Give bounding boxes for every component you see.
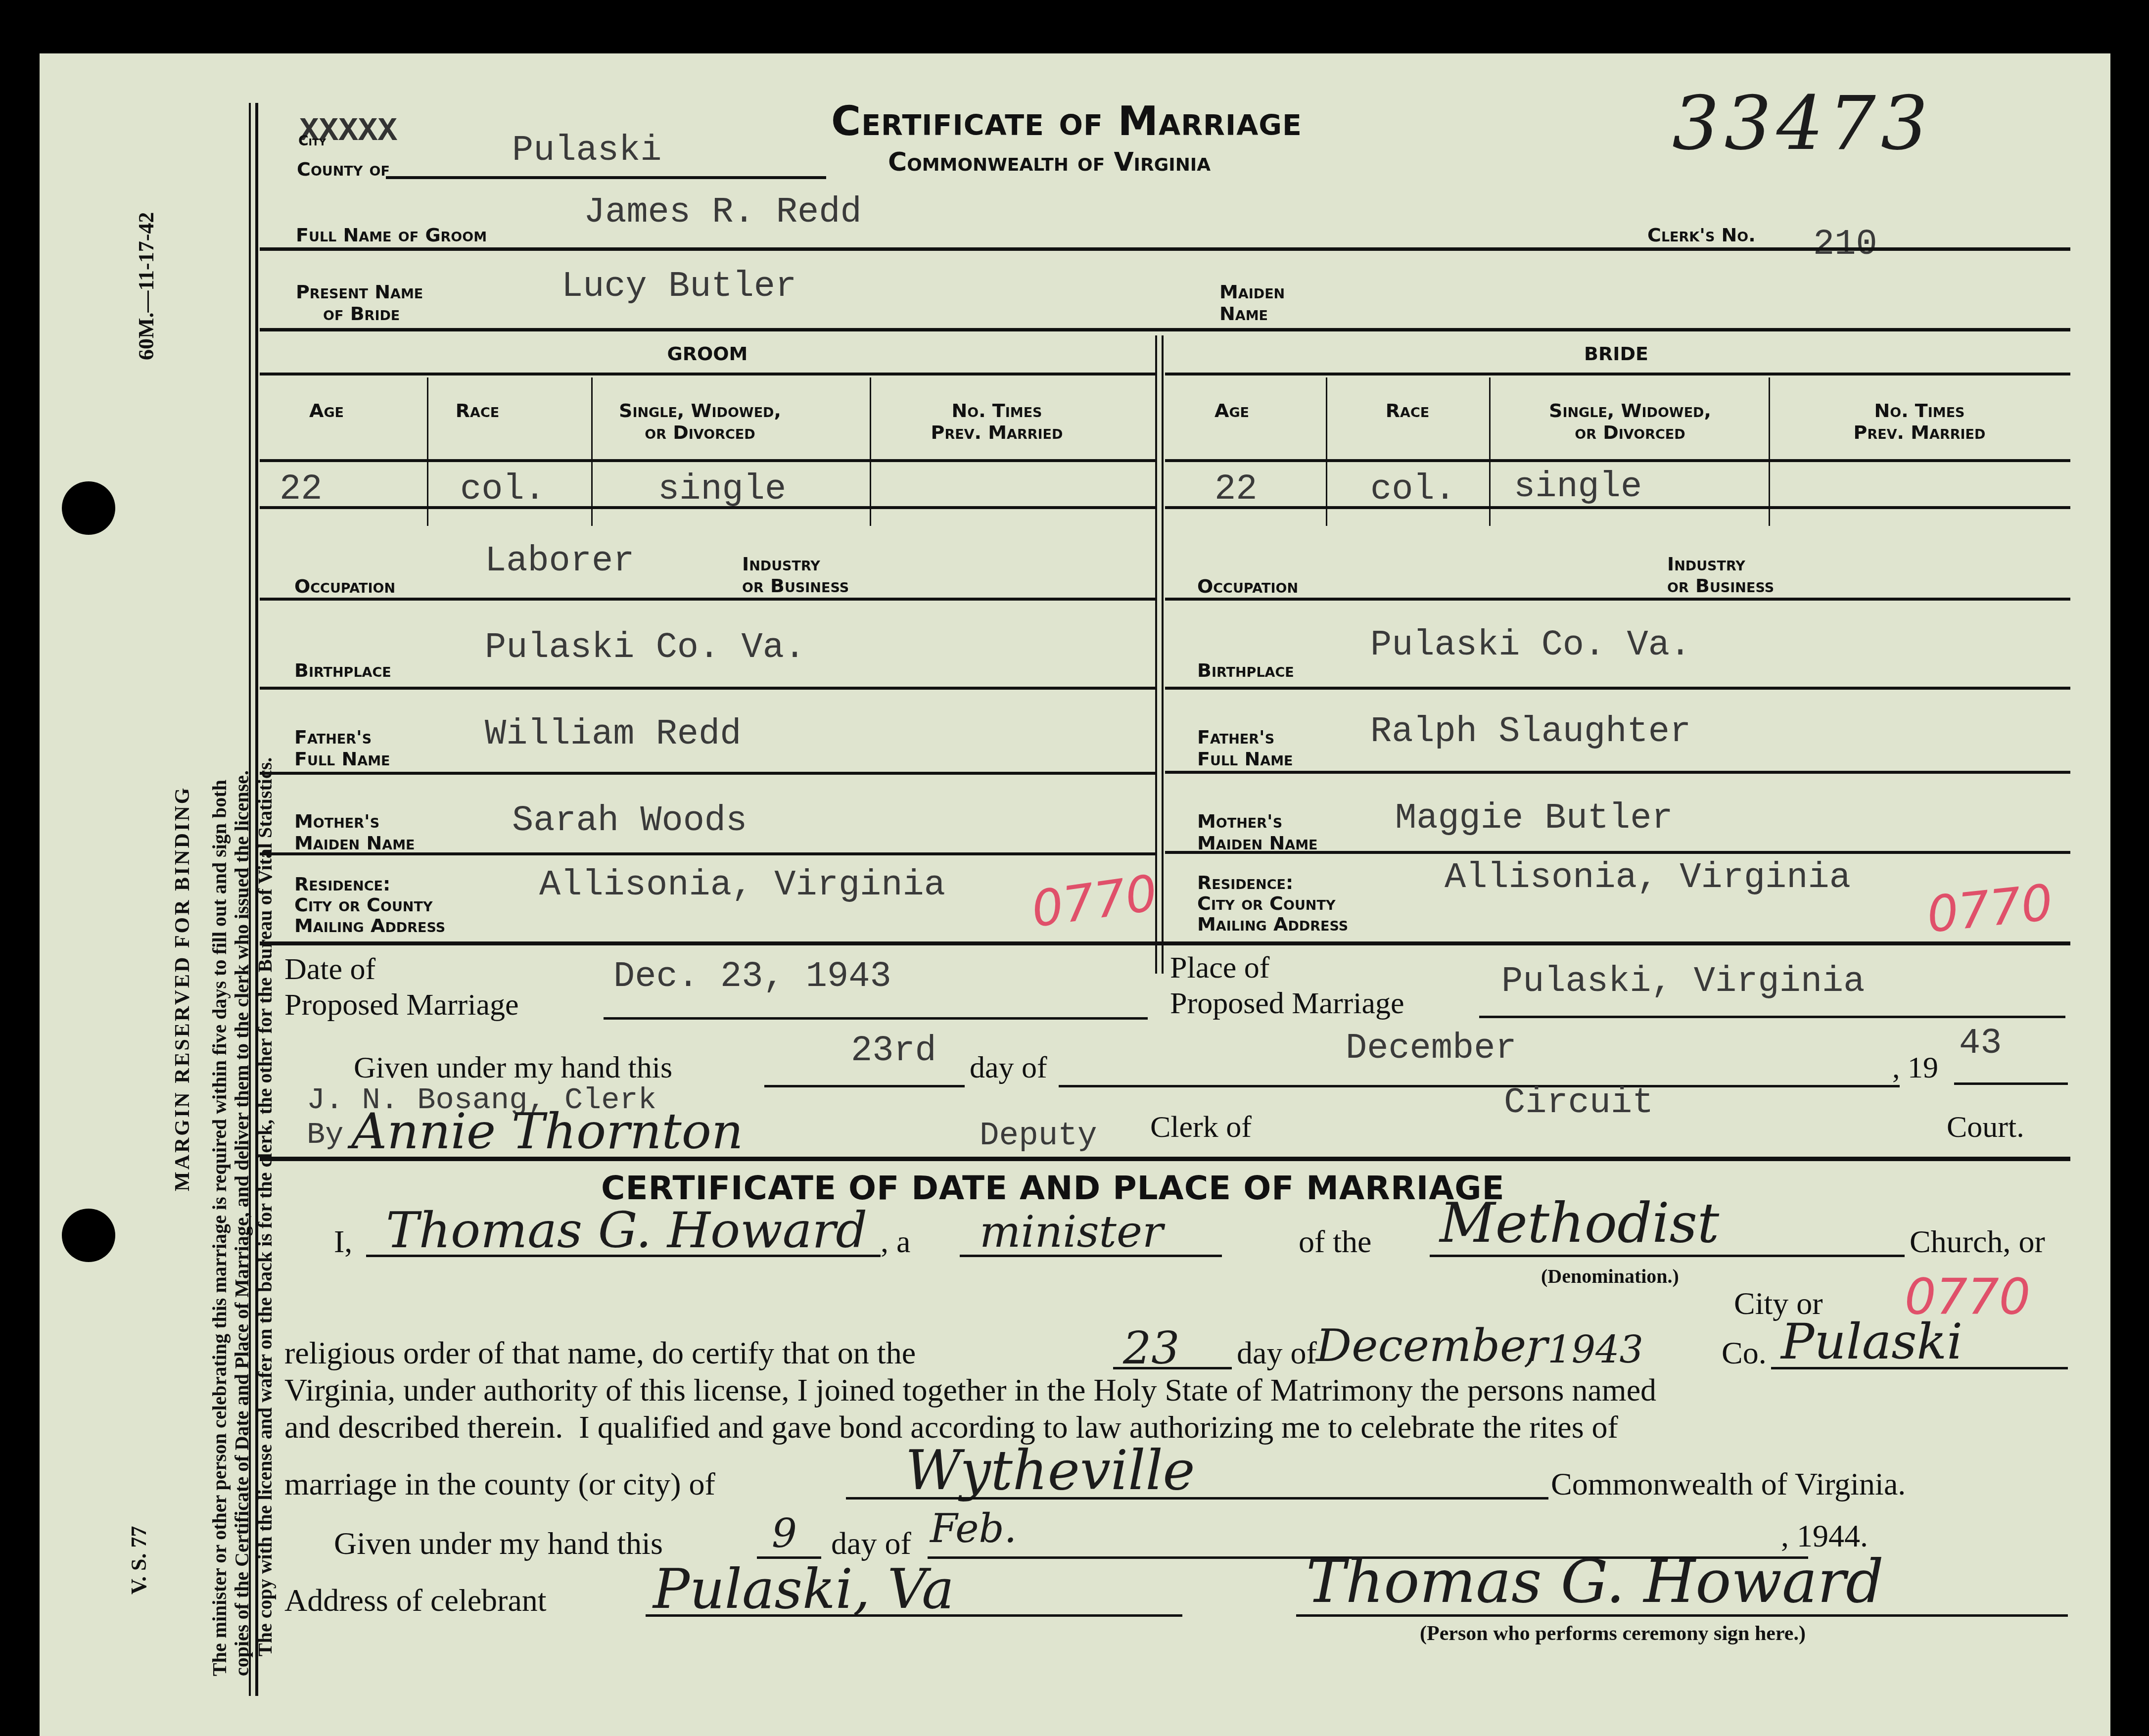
groom-name-value: James R. Redd [584,192,862,233]
binding-notice: MARGIN RESERVED FOR BINDING [171,786,194,1191]
cert-given-month: Feb. [930,1505,1017,1551]
groom-occupation: Laborer [485,541,634,581]
city-label: City [298,130,326,152]
deputy-signature: Annie Thornton [351,1102,743,1160]
groom-status-header: Single, Widowed,or Divorced [561,400,839,443]
bride-residence: Allisonia, Virginia [1445,857,1851,898]
groom-industry-label: Industryor Business [742,553,849,597]
bride-occupation-label: Occupation [1197,575,1298,597]
certificate-title: Certificate of Marriage [831,98,1302,145]
groom-father: William Redd [485,714,741,754]
groom-times-header: No. TimesPrev. Married [841,400,1153,443]
bride-race-header: Race [1326,400,1489,422]
cert-given-text: Given under my hand this [334,1525,663,1562]
bride-status: single [1514,467,1642,507]
deputy-label: Deputy [980,1117,1097,1154]
residence-bottom-rule [260,941,2070,945]
proposed-date-value: Dec. 23, 1943 [613,956,891,997]
officiant-role: minister [980,1206,1163,1257]
groom-bride-divider-b [1162,335,1164,974]
groom-father-label: Father'sFull Name [294,726,390,770]
county-underline [386,176,826,179]
groom-age: 22 [280,469,322,510]
header-rule-2 [260,328,2070,331]
bond-county-underline [846,1497,1548,1500]
bride-row-rule-1 [1165,506,2070,509]
co-label: Co. [1722,1335,1767,1371]
bond-line-prefix: marriage in the county (or city) of [284,1466,715,1502]
bride-times-header: No. TimesPrev. Married [1771,400,2068,443]
groom-age-header: Age [260,400,393,422]
license-year-underline [1954,1082,2068,1085]
groom-birthplace: Pulaski Co. Va. [485,627,805,668]
groom-col-div-3 [870,377,871,526]
date-label: Date ofProposed Marriage [284,951,518,1023]
groom-row-rule-1 [260,506,1155,509]
license-day-of: day of [970,1050,1047,1085]
bride-colhead-rule [1165,459,2070,462]
address-label: Address of celebrant [284,1582,547,1619]
court-label: Court. [1947,1110,2024,1145]
marriage-month: December [1316,1320,1547,1372]
bride-birthplace-label: Birthplace [1197,659,1294,681]
bride-father-label: Father'sFull Name [1197,726,1293,770]
form-code: V. S. 77 [126,1526,151,1595]
officiant-underline [366,1255,881,1257]
court-type: Circuit [1504,1082,1653,1123]
bride-name-label: Present Nameof Bride [296,281,423,325]
certify-line-3: Virginia, under authority of this licens… [284,1372,1656,1408]
by-label: By [307,1117,343,1152]
denomination-value: Methodist [1440,1191,1719,1255]
groom-name-label: Full Name of Groom [296,224,487,246]
bride-age: 22 [1215,469,1257,510]
bride-row-rule-3 [1165,687,2070,690]
officiant-signature: Thomas G. Howard [1306,1548,1884,1616]
groom-heading: GROOM [260,343,1155,365]
bride-row-rule-2 [1165,598,2070,601]
license-given-text: Given under my hand this [354,1050,672,1085]
bride-row-rule-4 [1165,771,2070,774]
church-or-label: Church, or [1910,1223,2045,1260]
maiden-name-label: MaidenName [1219,281,1285,325]
bond-county: Wytheville [905,1439,1195,1502]
groom-residence-label: Residence:City or CountyMailing Address [294,874,445,936]
county-cert-underline [1771,1367,2068,1369]
groom-col-div-2 [591,377,593,526]
license-bottom-rule [260,1157,2070,1161]
i-label: I, [334,1223,352,1260]
header-rule-1 [260,247,2070,251]
groom-bride-divider-a [1155,335,1157,974]
bride-row-rule-5 [1165,851,2070,854]
groom-birthplace-label: Birthplace [294,659,391,681]
bride-age-header: Age [1165,400,1299,422]
license-month: December [1346,1028,1517,1069]
marriage-day-of: day of [1237,1335,1317,1371]
license-year-prefix: , 19 [1892,1050,1938,1085]
groom-colhead-rule [260,459,1155,462]
celebrant-address: Pulaski, Va [653,1557,954,1621]
groom-row-rule-4 [260,772,1155,775]
groom-status: single [658,469,786,510]
groom-heading-rule [260,373,1155,375]
signature-underline [1296,1614,2068,1617]
license-month-underline [1059,1085,1900,1087]
license-day: 23rd [851,1031,936,1071]
signature-caption: (Person who performs ceremony sign here.… [1420,1622,1806,1645]
groom-mother-label: Mother'sMaiden Name [294,810,415,854]
bride-industry-label: Industryor Business [1667,553,1774,597]
marriage-certificate: 60M.—11-17-42 V. S. 77 MARGIN RESERVED F… [40,53,2110,1736]
groom-row-rule-5 [260,852,1155,855]
marriage-day-underline [1113,1367,1232,1369]
instruction-line-1: The minister or other person celebrating… [208,780,231,1676]
certificate-subtitle: Commonwealth of Virginia [888,147,1211,177]
groom-col-div-1 [427,377,428,526]
county-value: Pulaski [512,130,661,171]
bond-line-suffix: Commonwealth of Virginia. [1551,1466,1906,1502]
clerk-of-label: Clerk of [1150,1110,1252,1145]
form-number: 60M.—11-17-42 [134,212,159,360]
clerk-number-value: 210 [1813,224,1877,265]
margin-border-outer [249,103,251,1696]
punch-hole-top [62,481,115,535]
clerk-number-label: Clerk's No. [1647,224,1756,246]
bride-residence-label: Residence:City or CountyMailing Address [1197,872,1348,935]
place-underline [1479,1016,2065,1018]
bride-stamp: 0770 [1924,873,2056,944]
bride-birthplace: Pulaski Co. Va. [1370,625,1691,665]
proposed-place-value: Pulaski, Virginia [1501,961,1865,1002]
bride-mother-label: Mother'sMaiden Name [1197,810,1317,854]
bride-heading-rule [1165,373,2070,375]
groom-row-rule-2 [260,598,1155,601]
groom-mother: Sarah Woods [512,800,747,841]
bride-status-header: Single, Widowed,or Divorced [1492,400,1769,443]
margin-border-inner [255,103,258,1696]
cert-given-day-of: day of [831,1525,911,1562]
groom-race: col. [460,469,546,510]
marriage-year: , 1943 [1524,1327,1643,1371]
groom-residence: Allisonia, Virginia [539,865,945,905]
bride-mother: Maggie Butler [1395,798,1673,839]
officiant-name: Thomas G. Howard [386,1201,867,1259]
role-underline [960,1255,1222,1257]
groom-row-rule-3 [260,687,1155,690]
bride-col-div-1 [1326,377,1327,526]
license-year: 43 [1959,1023,2002,1064]
of-the-label: of the [1299,1223,1372,1260]
denomination-caption: (Denomination.) [1541,1265,1679,1288]
groom-stamp: 0770 [1028,864,1161,938]
license-day-underline [764,1085,965,1087]
bride-col-div-3 [1769,377,1770,526]
place-label: Place ofProposed Marriage [1170,950,1404,1021]
certify-line-prefix: religious order of that name, do certify… [284,1335,916,1371]
date-underline [604,1017,1148,1020]
bride-race: col. [1370,469,1456,510]
groom-occupation-label: Occupation [294,575,395,597]
bride-name-value: Lucy Butler [561,266,796,307]
punch-hole-bottom [62,1209,115,1262]
bride-heading: BRIDE [1164,343,2069,365]
file-number: 33473 [1672,81,1933,167]
county-label: County of [297,158,390,180]
denomination-underline [1430,1255,1905,1257]
address-underline [646,1614,1182,1617]
bride-col-div-2 [1489,377,1491,526]
bride-father: Ralph Slaughter [1370,711,1691,752]
a-label: , a [881,1223,910,1260]
marriage-county: Pulaski [1781,1313,1962,1370]
groom-race-header: Race [396,400,559,422]
cert-given-day: 9 [772,1510,797,1556]
